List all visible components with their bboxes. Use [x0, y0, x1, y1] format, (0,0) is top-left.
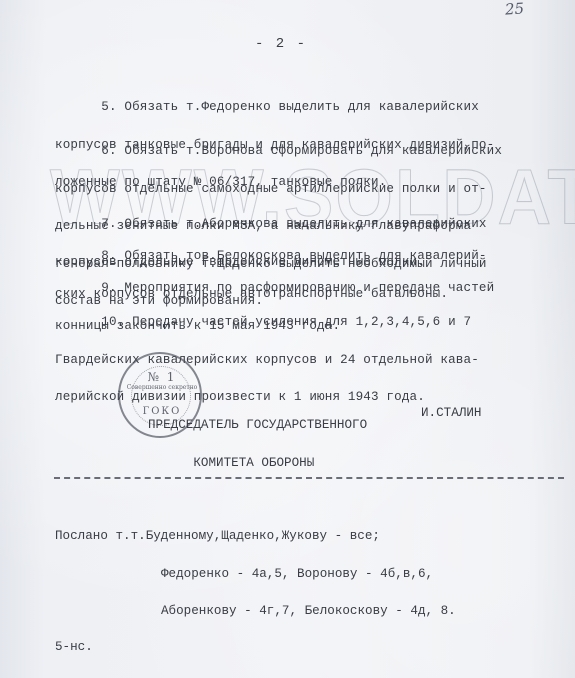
signature-title-line1: ПРЕДСЕДАТЕЛЬ ГОСУДАРСТВЕННОГО: [148, 419, 367, 432]
page-number: - 2 -: [255, 36, 307, 52]
dashed-divider: [54, 477, 564, 479]
signature-title: ПРЕДСЕДАТЕЛЬ ГОСУДАРСТВЕННОГО КОМИТЕТА О…: [148, 394, 367, 494]
distribution-line: Федоренко - 4а,5, Воронову - 4б,в,6,: [55, 568, 456, 581]
signer-name: И.СТАЛИН: [421, 406, 481, 420]
signature-title-line2: КОМИТЕТА ОБОРОНЫ: [148, 457, 367, 470]
distribution-line: Послано т.т.Буденному,Щаденко,Жукову - в…: [55, 530, 456, 543]
stamp-middle-text: Совершенно секретно: [120, 384, 204, 391]
text-line: 6. Обязать т.Воронова сформировать для к…: [55, 145, 565, 158]
document-page: 25 - 2 - WWW.SOLDAT.RU 5. Обязать т.Федо…: [0, 0, 575, 678]
distribution-list: Послано т.т.Буденному,Щаденко,Жукову - в…: [55, 505, 456, 643]
distribution-line: Аборенкову - 4г,7, Белокоскову - 4д, 8.: [55, 605, 456, 618]
archive-page-number: 25: [504, 0, 524, 19]
text-line: 5. Обязать т.Федоренко выделить для кава…: [55, 101, 565, 114]
stamp-number: № 1: [120, 370, 204, 384]
text-line: 10. Передачу частей усиления для 1,2,3,4…: [55, 316, 565, 329]
footer-code: 5-нс.: [55, 640, 93, 654]
